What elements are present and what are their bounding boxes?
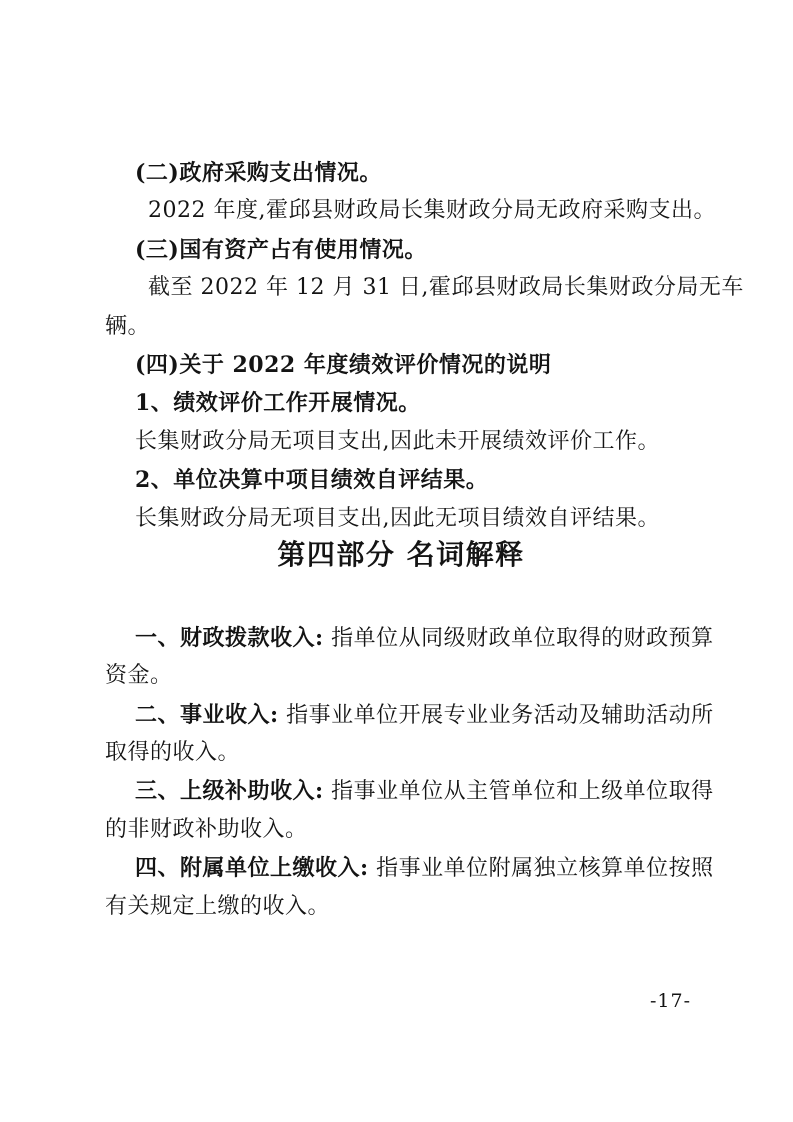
definition-2-line-1: 二、事业收入: 指事业单位开展专业业务活动及辅助活动所 (105, 696, 697, 734)
page-number: -17- (650, 990, 691, 1012)
section-heading-4: (四)关于 2022 年度绩效评价情况的说明 (105, 346, 697, 384)
document-page: (二)政府采购支出情况。 2022 年度,霍邱县财政局长集财政分局无政府采购支出… (0, 0, 793, 1122)
definition-3-text: 指事业单位从主管单位和上级单位取得 (324, 779, 714, 804)
definition-4-line-1: 四、附属单位上缴收入: 指事业单位附属独立核算单位按照 (105, 849, 697, 887)
subsection-heading-1: 1、绩效评价工作开展情况。 (105, 384, 697, 422)
definition-3-line-1: 三、上级补助收入: 指事业单位从主管单位和上级单位取得 (105, 772, 697, 810)
definition-1-term: 一、财政拨款收入: (135, 625, 324, 651)
definition-4-term: 四、附属单位上缴收入: (135, 855, 369, 881)
definition-4-text: 指事业单位附属独立核算单位按照 (369, 856, 714, 881)
definition-1-text: 指单位从同级财政单位取得的财政预算 (324, 626, 714, 651)
definition-4-line-2: 有关规定上缴的收入。 (105, 888, 697, 926)
section-heading-2: (二)政府采购支出情况。 (105, 154, 697, 192)
part-title: 第四部分 名词解释 (105, 533, 697, 577)
section-3-paragraph-line-2: 辆。 (105, 308, 697, 346)
section-heading-3: (三)国有资产占有使用情况。 (105, 231, 697, 269)
definition-1-line-2: 资金。 (105, 657, 697, 695)
definition-3-line-2: 的非财政补助收入。 (105, 811, 697, 849)
subsection-heading-2: 2、单位决算中项目绩效自评结果。 (105, 461, 697, 499)
document-content: (二)政府采购支出情况。 2022 年度,霍邱县财政局长集财政分局无政府采购支出… (105, 154, 697, 926)
definition-3-term: 三、上级补助收入: (135, 778, 324, 804)
definition-1-line-1: 一、财政拨款收入: 指单位从同级财政单位取得的财政预算 (105, 619, 697, 657)
definition-2-term: 二、事业收入: (135, 702, 279, 728)
definition-2-text: 指事业单位开展专业业务活动及辅助活动所 (279, 703, 714, 728)
subsection-1-paragraph: 长集财政分局无项目支出,因此未开展绩效评价工作。 (105, 423, 697, 461)
section-2-paragraph: 2022 年度,霍邱县财政局长集财政分局无政府采购支出。 (105, 192, 697, 230)
section-3-paragraph-line-1: 截至 2022 年 12 月 31 日,霍邱县财政局长集财政分局无车 (105, 269, 697, 307)
definition-2-line-2: 取得的收入。 (105, 734, 697, 772)
definitions-list: 一、财政拨款收入: 指单位从同级财政单位取得的财政预算 资金。 二、事业收入: … (105, 619, 697, 926)
